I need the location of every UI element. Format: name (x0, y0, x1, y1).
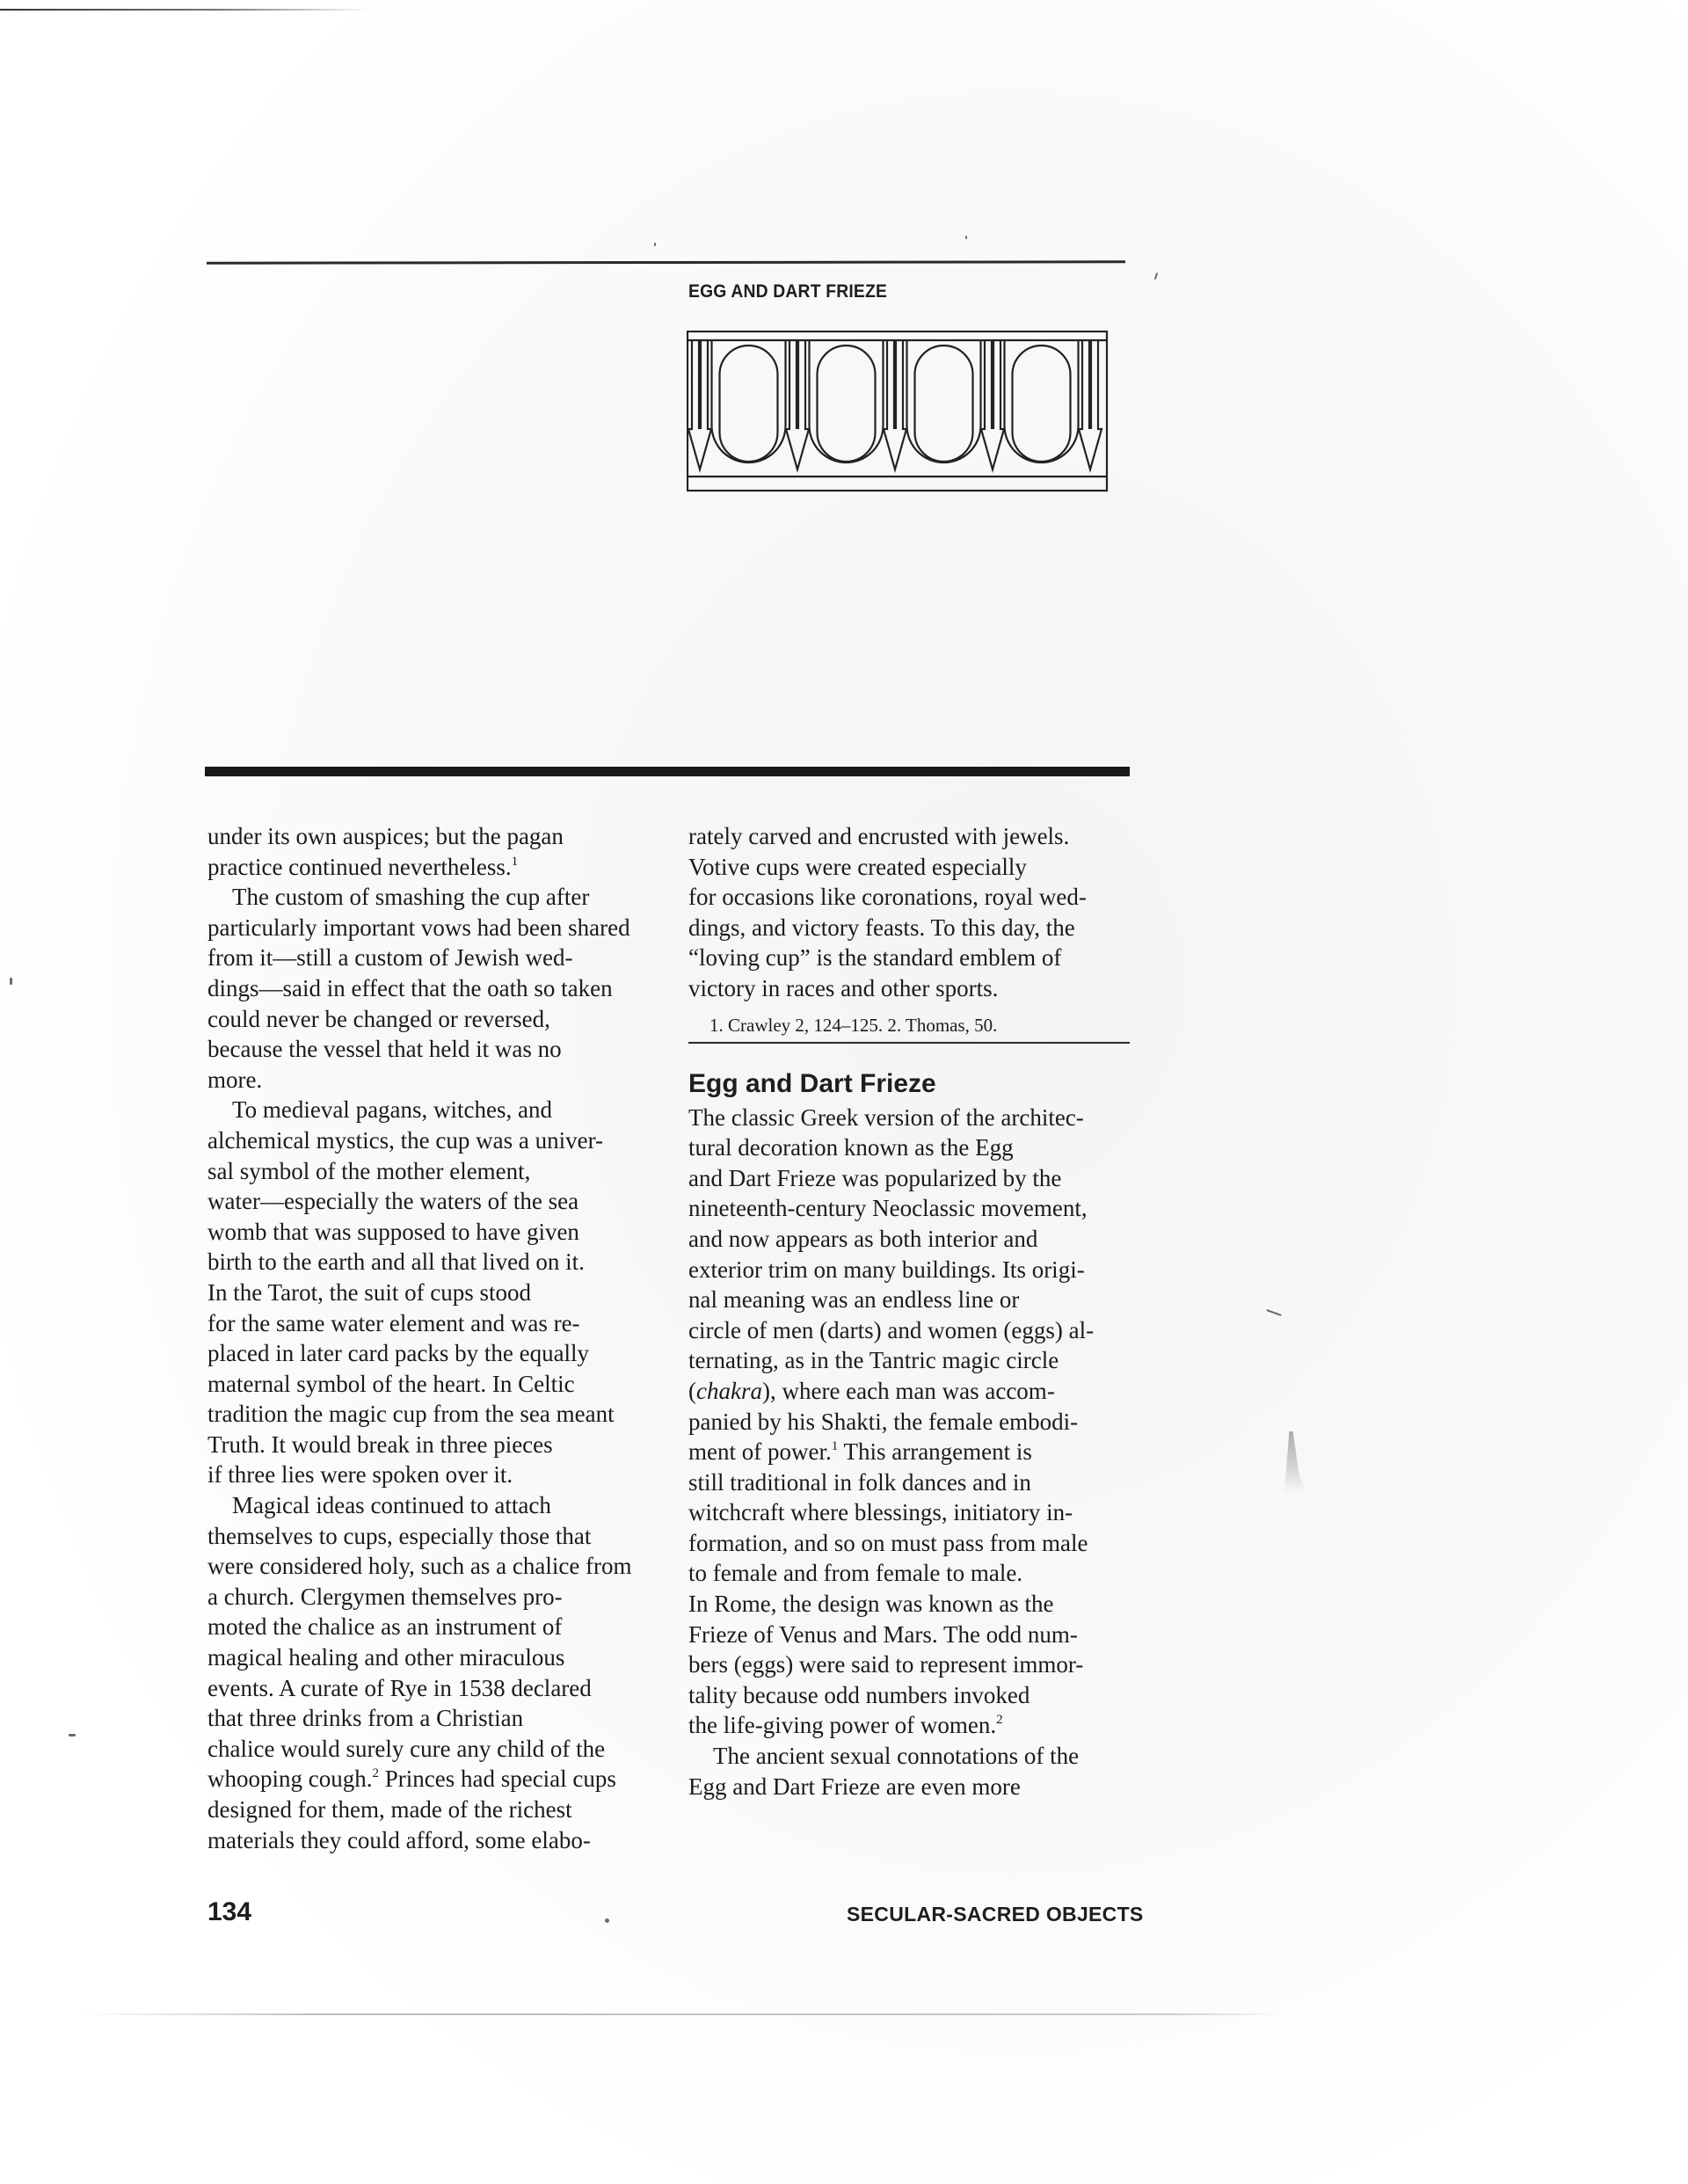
left-text-column: under its own auspices; but the paganpra… (207, 821, 647, 1855)
line-text: victory in races and other sports. (688, 975, 998, 1001)
egg-shape (720, 346, 778, 462)
line-text: The classic Greek version of the archite… (688, 1104, 1084, 1131)
line-text: designed for them, made of the richest (207, 1796, 572, 1823)
scan-edge-line (0, 9, 369, 11)
text-line: Frieze of Venus and Mars. The odd num- (688, 1620, 1132, 1650)
line-text: Votive cups were created especially (688, 854, 1027, 880)
line-text: The ancient sexual connotations of the (713, 1743, 1079, 1769)
scan-bottom-edge (79, 2013, 1284, 2015)
text-line: still traditional in folk dances and in (688, 1467, 1132, 1498)
line-text: and now appears as both interior and (688, 1226, 1037, 1252)
egg-shape (818, 346, 876, 462)
line-text: sal symbol of the mother element, (207, 1158, 530, 1184)
scan-speck (605, 1918, 609, 1923)
scan-speck (69, 1734, 76, 1736)
line-text: that three drinks from a Christian (207, 1705, 523, 1731)
line-text: tality because odd numbers invoked (688, 1682, 1030, 1708)
text-line: In Rome, the design was known as the (688, 1589, 1132, 1620)
line-text: Frieze of Venus and Mars. The odd num- (688, 1621, 1078, 1648)
line-text: “loving cup” is the standard emblem of (688, 944, 1061, 971)
line-text: formation, and so on must pass from male (688, 1530, 1088, 1556)
line-text: circle of men (darts) and women (eggs) a… (688, 1317, 1094, 1343)
line-text: could never be changed or reversed, (207, 1006, 550, 1032)
line-text: panied by his Shakti, the female embodi- (688, 1409, 1078, 1435)
text-line: tality because odd numbers invoked (688, 1680, 1132, 1711)
line-text: moted the chalice as an instrument of (207, 1613, 562, 1640)
line-text: witchcraft where blessings, initiatory i… (688, 1499, 1073, 1525)
line-text: dings—said in effect that the oath so ta… (207, 975, 613, 1001)
line-text: practice continued nevertheless. (207, 854, 512, 880)
text-line: water—especially the waters of the sea (207, 1186, 647, 1217)
footnote-rule (688, 1042, 1130, 1044)
text-line: womb that was supposed to have given (207, 1217, 647, 1248)
line-text: a church. Clergymen themselves pro- (207, 1583, 563, 1610)
line-text: the life-giving power of women. (688, 1712, 996, 1738)
text-line: the life-giving power of women.2 (688, 1710, 1132, 1741)
footnote-marker: 1 (512, 855, 519, 869)
text-line: witchcraft where blessings, initiatory i… (688, 1497, 1132, 1528)
text-line: moted the chalice as an instrument of (207, 1612, 647, 1642)
line-text: and Dart Frieze was popularized by the (688, 1165, 1061, 1191)
text-line: alchemical mystics, the cup was a univer… (207, 1125, 647, 1156)
text-line: bers (eggs) were said to represent immor… (688, 1649, 1132, 1680)
right-text-column: rately carved and encrusted with jewels.… (688, 821, 1132, 1802)
text-line: The ancient sexual connotations of the (688, 1741, 1132, 1772)
line-text: were considered holy, such as a chalice … (207, 1553, 632, 1579)
page-number: 134 (207, 1897, 251, 1927)
egg-and-dart-frieze-illustration (687, 331, 1109, 492)
text-line: for the same water element and was re- (207, 1308, 647, 1339)
text-line: because the vessel that held it was no (207, 1034, 647, 1065)
line-text: The custom of smashing the cup after (232, 884, 589, 910)
text-line: more. (207, 1065, 647, 1096)
line-text: exterior trim on many buildings. Its ori… (688, 1256, 1085, 1283)
italic-term: chakra (696, 1378, 762, 1404)
line-text: under its own auspices; but the pagan (207, 823, 564, 849)
line-text: maternal symbol of the heart. In Celtic (207, 1371, 575, 1397)
text-line: designed for them, made of the richest (207, 1795, 647, 1825)
line-text: water—especially the waters of the sea (207, 1188, 578, 1214)
text-line: victory in races and other sports. (688, 973, 1132, 1004)
text-line: panied by his Shakti, the female embodi- (688, 1407, 1132, 1438)
footnote-marker: 1 (832, 1439, 839, 1453)
line-text: materials they could afford, some elabo- (207, 1827, 591, 1853)
line-text: for occasions like coronations, royal we… (688, 884, 1087, 910)
text-line: nineteenth-century Neoclassic movement, (688, 1193, 1132, 1224)
text-line: maternal symbol of the heart. In Celtic (207, 1369, 647, 1400)
text-line: themselves to cups, especially those tha… (207, 1521, 647, 1552)
line-text: themselves to cups, especially those tha… (207, 1523, 591, 1549)
text-line: nal meaning was an endless line or (688, 1285, 1132, 1315)
text-line: exterior trim on many buildings. Its ori… (688, 1255, 1132, 1285)
text-line: if three lies were spoken over it. (207, 1460, 647, 1490)
line-text: to female and from female to male. (688, 1560, 1022, 1586)
text-line: ternating, as in the Tantric magic circl… (688, 1345, 1132, 1376)
line-text: tural decoration known as the Egg (688, 1134, 1014, 1161)
text-line: tural decoration known as the Egg (688, 1132, 1132, 1163)
line-text: ternating, as in the Tantric magic circl… (688, 1347, 1059, 1373)
line-text: In Rome, the design was known as the (688, 1591, 1053, 1617)
line-text: for the same water element and was re- (207, 1310, 580, 1336)
line-text: more. (207, 1067, 262, 1093)
line-text: Magical ideas continued to attach (232, 1492, 551, 1518)
text-line: to female and from female to male. (688, 1558, 1132, 1589)
text-line: a church. Clergymen themselves pro- (207, 1582, 647, 1613)
text-line: (chakra), where each man was accom- (688, 1376, 1132, 1407)
line-text: if three lies were spoken over it. (207, 1461, 513, 1488)
line-text: alchemical mystics, the cup was a univer… (207, 1127, 603, 1154)
line-text: rately carved and encrusted with jewels. (688, 823, 1069, 849)
line-text: particularly important vows had been sha… (207, 914, 630, 941)
text-line: tradition the magic cup from the sea mea… (207, 1399, 647, 1430)
line-text: chalice would surely cure any child of t… (207, 1736, 605, 1762)
text-line: The custom of smashing the cup after (207, 882, 647, 913)
line-text: tradition the magic cup from the sea mea… (207, 1401, 615, 1427)
text-line: could never be changed or reversed, (207, 1004, 647, 1035)
text-line: formation, and so on must pass from male (688, 1528, 1132, 1559)
footnote-marker: 2 (996, 1713, 1003, 1727)
text-line: Votive cups were created especially (688, 852, 1132, 883)
line-text: ), where each man was accom- (762, 1378, 1055, 1404)
line-text: birth to the earth and all that lived on… (207, 1249, 585, 1275)
text-line: “loving cup” is the standard emblem of (688, 943, 1132, 973)
line-text: from it—still a custom of Jewish wed- (207, 944, 572, 971)
text-line: were considered holy, such as a chalice … (207, 1551, 647, 1582)
line-text: placed in later card packs by the equall… (207, 1340, 589, 1366)
text-line: magical healing and other miraculous (207, 1642, 647, 1673)
figure-caption: EGG AND DART FRIEZE (688, 281, 887, 302)
text-line: particularly important vows had been sha… (207, 913, 647, 943)
text-line: placed in later card packs by the equall… (207, 1338, 647, 1369)
section-divider-rule (205, 767, 1130, 776)
text-line: To medieval pagans, witches, and (207, 1095, 647, 1125)
line-text: ment of power. (688, 1438, 832, 1465)
text-line: that three drinks from a Christian (207, 1703, 647, 1734)
text-line: The classic Greek version of the archite… (688, 1103, 1132, 1133)
text-line: events. A curate of Rye in 1538 declared (207, 1673, 647, 1704)
text-line: Egg and Dart Frieze are even more (688, 1772, 1132, 1802)
text-line: Truth. It would break in three pieces (207, 1430, 647, 1460)
text-line: for occasions like coronations, royal we… (688, 882, 1132, 913)
text-line: sal symbol of the mother element, (207, 1156, 647, 1187)
line-text: nal meaning was an endless line or (688, 1286, 1019, 1313)
text-line: dings—said in effect that the oath so ta… (207, 973, 647, 1004)
text-line: dings, and victory feasts. To this day, … (688, 913, 1132, 943)
line-text: Truth. It would break in three pieces (207, 1431, 553, 1458)
text-line: rately carved and encrusted with jewels. (688, 821, 1132, 852)
line-text: magical healing and other miraculous (207, 1644, 564, 1671)
line-text: In the Tarot, the suit of cups stood (207, 1279, 531, 1306)
text-line: chalice would surely cure any child of t… (207, 1734, 647, 1765)
scan-speck (965, 236, 967, 239)
line-text: because the vessel that held it was no (207, 1036, 562, 1062)
line-text: Egg and Dart Frieze are even more (688, 1773, 1021, 1800)
line-text: dings, and victory feasts. To this day, … (688, 914, 1075, 941)
text-line: Magical ideas continued to attach (207, 1490, 647, 1521)
entry-body: The classic Greek version of the archite… (688, 1103, 1132, 1802)
egg-shape (1013, 346, 1071, 462)
text-line: from it—still a custom of Jewish wed- (207, 943, 647, 973)
right-column-continuation: rately carved and encrusted with jewels.… (688, 821, 1132, 1004)
running-footer-section-title: SECULAR-SACRED OBJECTS (847, 1903, 1144, 1926)
line-text: To medieval pagans, witches, and (232, 1096, 552, 1123)
scan-speck (654, 243, 656, 246)
text-line: under its own auspices; but the pagan (207, 821, 647, 852)
text-line: materials they could afford, some elabo- (207, 1825, 647, 1856)
text-line: circle of men (darts) and women (eggs) a… (688, 1315, 1132, 1346)
text-line: and now appears as both interior and (688, 1224, 1132, 1255)
line-text: nineteenth-century Neoclassic movement, (688, 1195, 1088, 1221)
egg-shape (915, 346, 973, 462)
text-line: ment of power.1 This arrangement is (688, 1437, 1132, 1467)
entry-heading: Egg and Dart Frieze (688, 1067, 1132, 1101)
text-line: birth to the earth and all that lived on… (207, 1247, 647, 1278)
text-line: In the Tarot, the suit of cups stood (207, 1278, 647, 1308)
footnote-marker: 2 (372, 1766, 379, 1780)
line-text: womb that was supposed to have given (207, 1219, 579, 1245)
scan-speck (10, 978, 12, 985)
text-line: practice continued nevertheless.1 (207, 852, 647, 883)
line-text: still traditional in folk dances and in (688, 1469, 1031, 1496)
line-text: bers (eggs) were said to represent immor… (688, 1651, 1083, 1678)
text-line: and Dart Frieze was popularized by the (688, 1163, 1132, 1194)
footnotes: 1. Crawley 2, 124–125. 2. Thomas, 50. (688, 1013, 1132, 1037)
line-text: whooping cough. (207, 1765, 372, 1792)
text-line: whooping cough.2 Princes had special cup… (207, 1764, 647, 1795)
line-text: events. A curate of Rye in 1538 declared (207, 1675, 592, 1701)
